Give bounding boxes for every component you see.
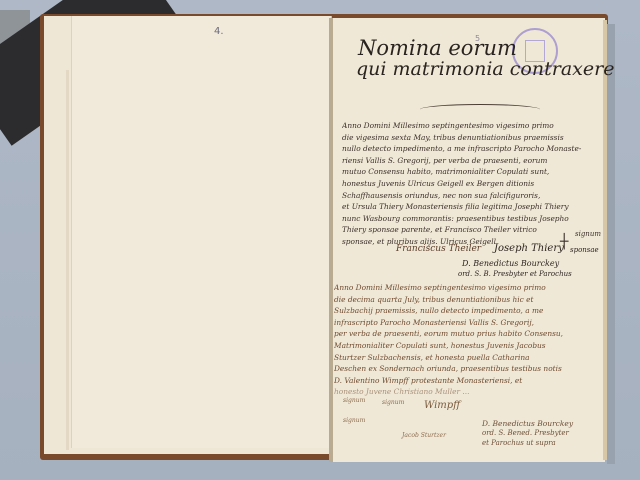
- signature-parochus-title-2: ord. S. Bened. Presbyter: [482, 429, 569, 437]
- signature-parochus-title-1: ord. S. B. Presbyter et Parochus: [458, 270, 572, 278]
- signature-signum-a: signum: [343, 397, 365, 404]
- signature-theiler: Franciscus Theiler: [396, 244, 481, 254]
- entry-line: per verba de praesenti, eorum mutuo priu…: [334, 328, 602, 340]
- entry-line: et Ursula Thiery Monasteriensis filia le…: [342, 201, 604, 213]
- entry-line: honestus Juvenis Ulricus Geigell ex Berg…: [342, 178, 604, 190]
- left-page-leaf: [71, 16, 330, 448]
- entry-line: infrascripto Parocho Monasteriensi Valli…: [334, 317, 602, 329]
- signature-sturtzer: Jacob Sturtzer: [402, 432, 446, 439]
- signature-signum-b: signum: [382, 399, 404, 406]
- entry-line: nunc Wasbourg commorantis: praesentibus …: [342, 213, 604, 225]
- heading-line-1: Nomina eorum: [358, 36, 614, 60]
- heading-line-2: qui matrimonia contraxere: [356, 58, 614, 80]
- entry-line: die decima quarta July, tribus denuntiat…: [334, 294, 602, 306]
- signature-parochus-2: D. Benedictus Bourckey: [482, 419, 573, 428]
- entry-line: D. Valentino Wimpff protestante Monaster…: [334, 375, 602, 387]
- register-heading: Nomina eorum qui matrimonia contraxere: [356, 36, 614, 80]
- signature-signum-c: signum: [343, 417, 365, 424]
- signature-parochus-ut-supra: et Parochus ut supra: [482, 439, 556, 447]
- entry-line: Deschen ex Sondernach oriunda, praesenti…: [334, 363, 602, 375]
- entry-line: Schaffhausensis oriundus, nec non sua fa…: [342, 190, 604, 202]
- signature-parochus-1: D. Benedictus Bourckey: [462, 259, 559, 268]
- marriage-entry-1: Anno Domini Millesimo septingentesimo vi…: [342, 120, 604, 248]
- entry-line: Sulzbachij praemissis, nullo detecto imp…: [334, 305, 602, 317]
- left-page-number: 4.: [214, 26, 224, 37]
- entry-line: die vigesima sexta May, tribus denuntiat…: [342, 132, 604, 144]
- signature-signum: signum: [575, 230, 601, 238]
- marriage-entry-2: Anno Domini Millesimo septingentesimo vi…: [334, 282, 602, 398]
- page-shadow: [607, 24, 615, 464]
- entry-line: Anno Domini Millesimo septingentesimo vi…: [334, 282, 602, 294]
- signature-sponsae: sponsae: [570, 246, 599, 254]
- entry-line: riensi Vallis S. Gregorij, per verba de …: [342, 155, 604, 167]
- heading-flourish: [420, 104, 540, 115]
- entry-line: Sturtzer Sulzbachensis, et honesta puell…: [334, 352, 602, 364]
- entry-line: Anno Domini Millesimo septingentesimo vi…: [342, 120, 604, 132]
- entry-line: Matrimonialiter Copulati sunt, honestus …: [334, 340, 602, 352]
- signature-joseph-thiery: Joseph Thiery: [494, 243, 564, 254]
- left-page-fold: [66, 70, 69, 450]
- entry-line: nullo detecto impedimento, a me infrascr…: [342, 143, 604, 155]
- signature-wimpff: Wimpff: [424, 400, 460, 411]
- entry-line: honesto Juvene Christiano Muller ...: [334, 386, 602, 398]
- entry-line: mutuo Consensu habito, matrimonialiter C…: [342, 166, 604, 178]
